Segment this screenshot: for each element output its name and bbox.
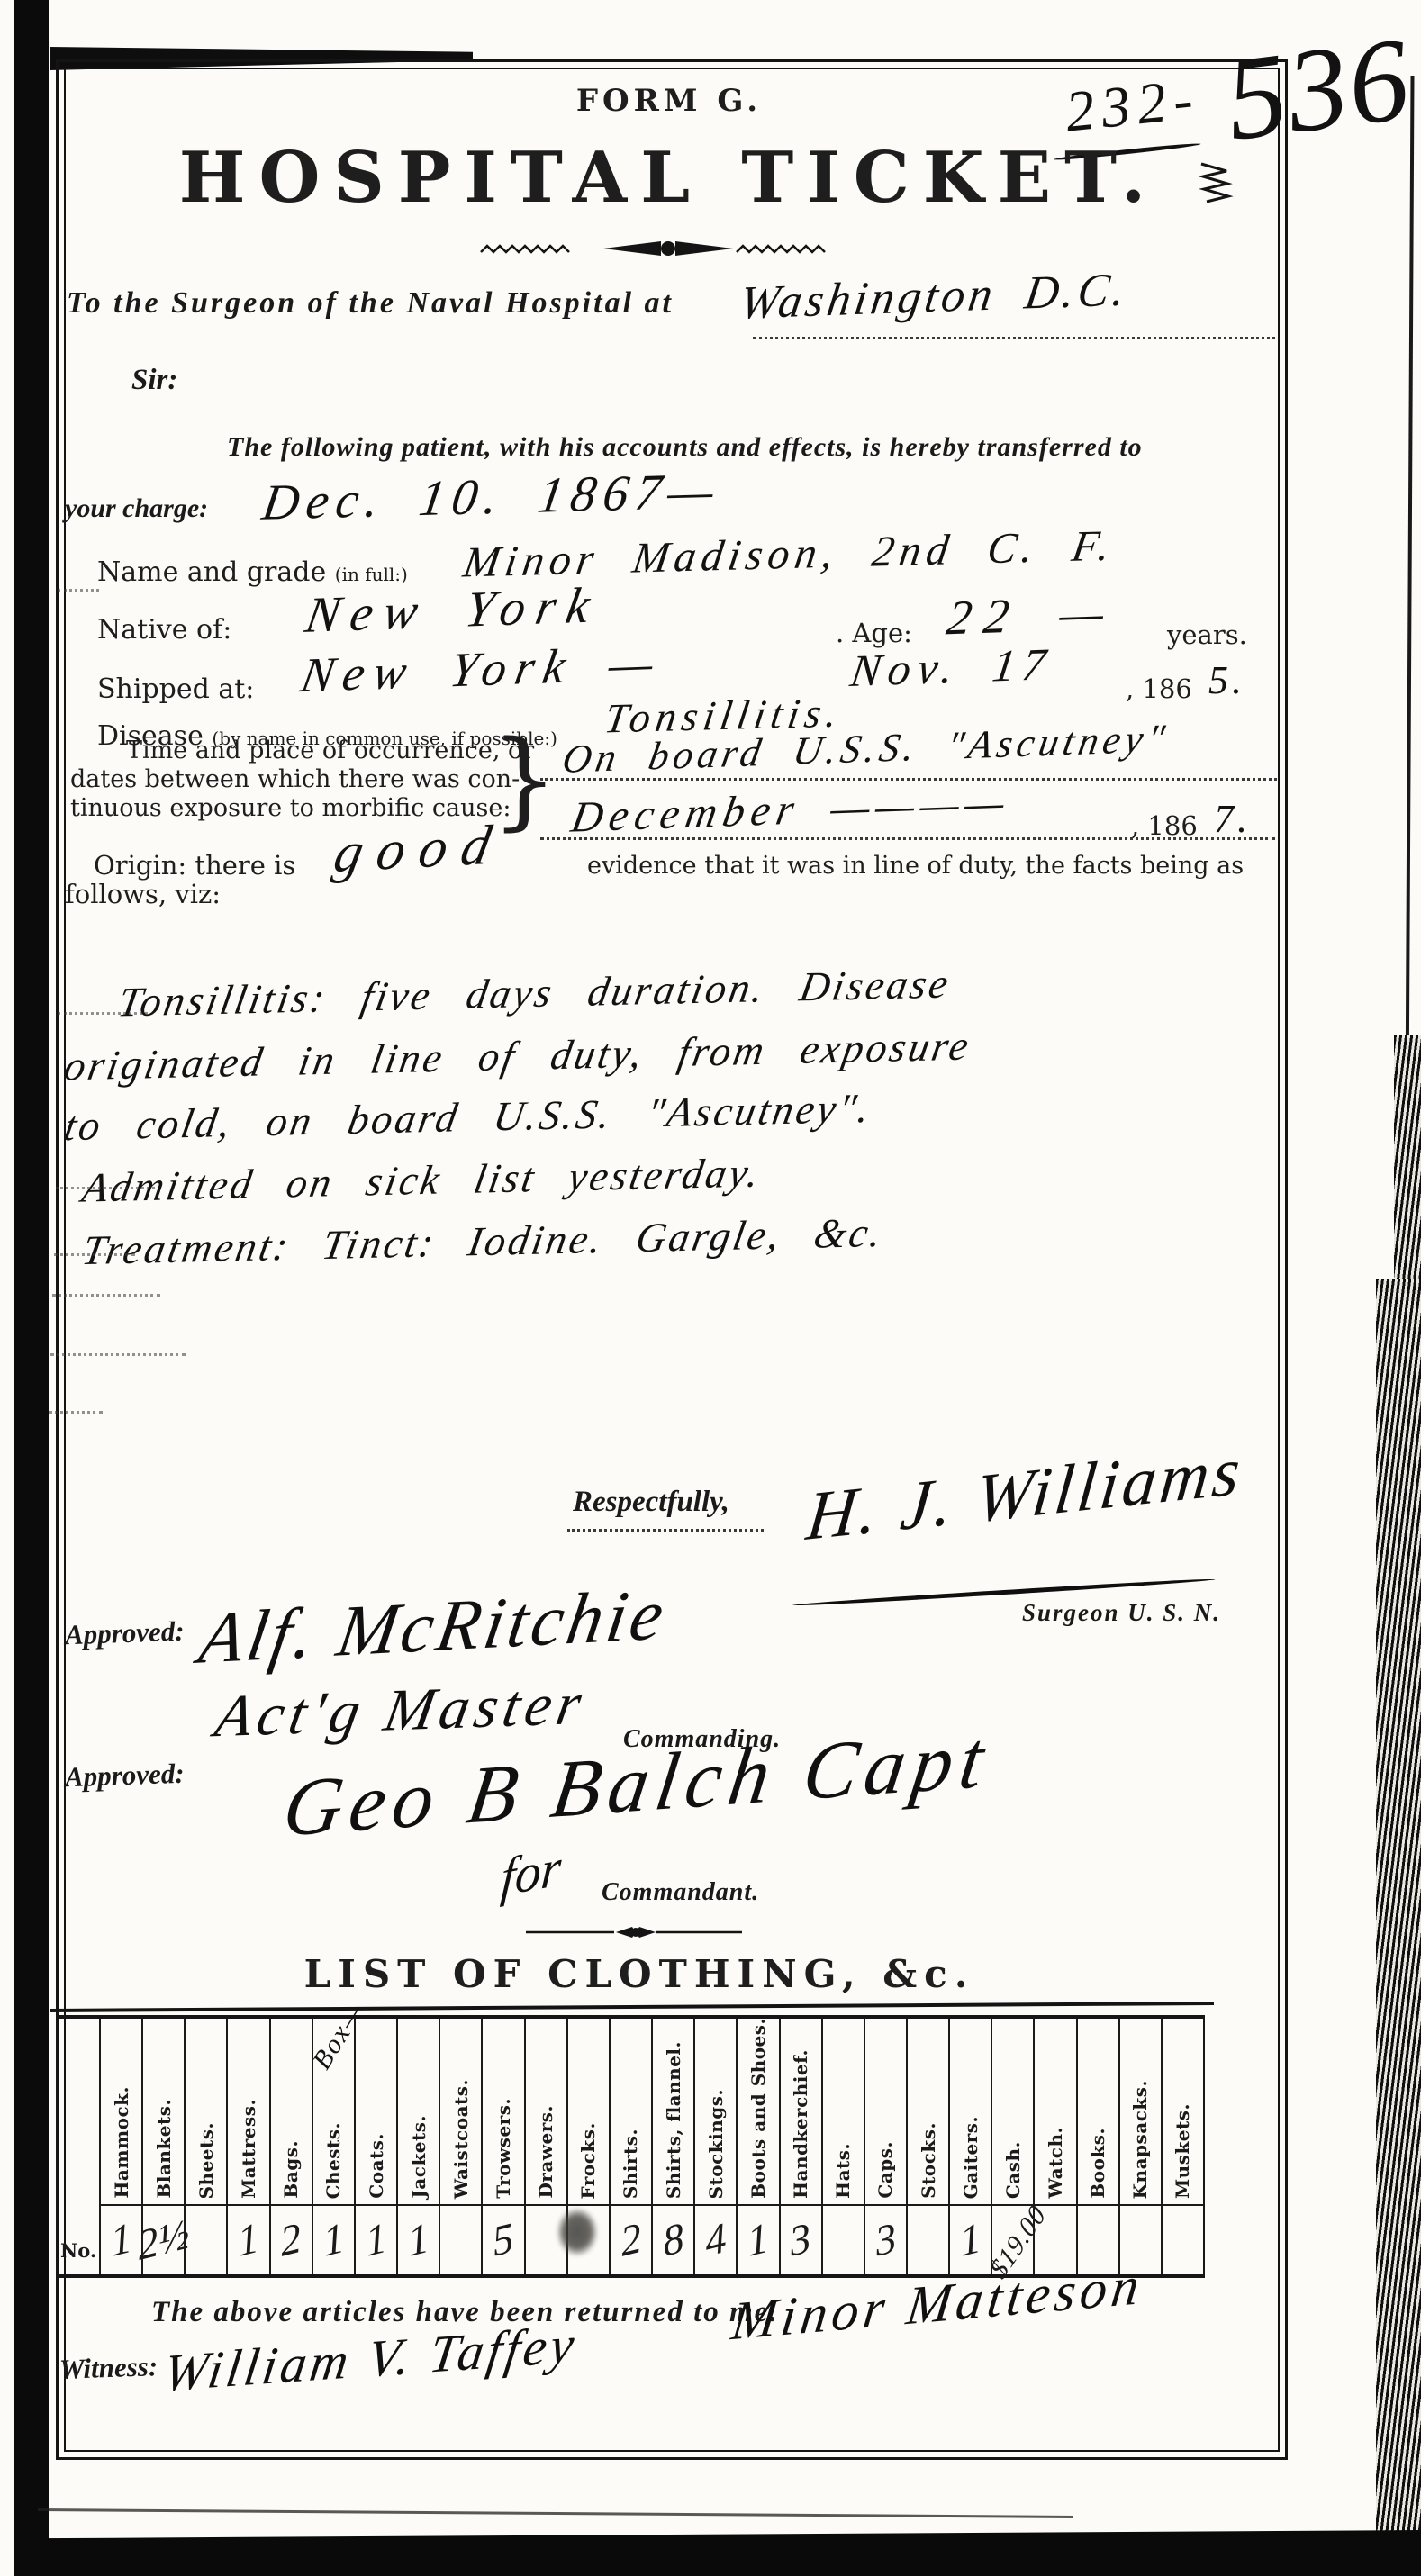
column-value: 1	[363, 2213, 389, 2267]
table-column-muskets: Muskets.	[1163, 2019, 1203, 2274]
table-column-mattress: Mattress. 1	[228, 2019, 270, 2274]
ruled-fragment	[56, 1187, 155, 1189]
column-value: 1	[321, 2213, 347, 2267]
column-value: 4	[703, 2213, 729, 2267]
age-value: 22 —	[944, 584, 1120, 646]
column-label: Chests.	[322, 2122, 344, 2199]
document-title: HOSPITAL TICKET.	[56, 137, 1282, 219]
origin-cont: follows, viz:	[65, 879, 221, 909]
origin-label: Origin: there is	[94, 850, 295, 881]
origin-rest: evidence that it was in line of duty, th…	[587, 852, 1244, 880]
hospital-ticket-scan: FORM G. 232- 536 HOSPITAL TICKET. To the…	[0, 0, 1421, 2576]
column-label: Mattress.	[238, 2099, 259, 2199]
name-grade-label-text: Name and grade	[97, 556, 326, 588]
table-column-stockings: Stockings. 4	[695, 2019, 738, 2274]
column-value: 1	[957, 2213, 983, 2267]
table-column-knapsacks: Knapsacks.	[1120, 2019, 1163, 2274]
column-value: 3	[788, 2213, 814, 2267]
column-value: 2	[618, 2213, 644, 2267]
column-label: Bags.	[280, 2140, 302, 2199]
no-label: No.	[60, 2239, 96, 2262]
occurrence-year-printed: , 186	[1131, 810, 1198, 841]
approved-label-1: Approved:	[64, 1615, 185, 1652]
small-divider-ornament	[526, 1923, 742, 1941]
column-value: 5	[491, 2213, 517, 2267]
column-label: Shirts.	[620, 2129, 641, 2199]
divider-ornament	[479, 236, 857, 261]
column-value: 2½	[135, 2210, 192, 2271]
column-value: 1	[236, 2213, 262, 2267]
native-of-value: New York	[301, 576, 604, 645]
column-label: Boots and Shoes.	[747, 2018, 769, 2199]
table-column-waistcoats: Waistcoats.	[440, 2019, 483, 2274]
approval1-rank: Act'g Master	[210, 1670, 592, 1752]
table-column-hats: Hats.	[823, 2019, 865, 2274]
table-column-books: Books.	[1078, 2019, 1120, 2274]
clothing-table: No. Hammock. 1 Blankets. 2½ Sheets. Matt…	[56, 2015, 1205, 2278]
page-edges-texture-lower	[1376, 1279, 1421, 2576]
shipped-year-printed: , 186	[1126, 673, 1192, 704]
scan-bottom-line	[38, 2508, 1073, 2518]
table-column-caps: Caps. 3	[865, 2019, 908, 2274]
ruled-fragment	[52, 1294, 160, 1297]
years-label: years.	[1167, 619, 1247, 650]
column-label: Trowsers.	[493, 2098, 514, 2199]
addressee-ruled-line	[753, 337, 1275, 339]
table-column-jackets: Jackets. 1	[398, 2019, 440, 2274]
page-edges-texture-upper	[1394, 1035, 1421, 1297]
column-label: Handkerchief.	[790, 2049, 811, 2199]
witness-label: Witness:	[59, 2350, 158, 2386]
table-column-watch: Watch.	[1035, 2019, 1077, 2274]
column-value: 1	[405, 2213, 431, 2267]
ruled-fragment	[49, 1411, 103, 1414]
clothing-heading: LIST OF CLOTHING, &c.	[36, 1952, 1243, 1996]
approval2-role: Commandant.	[602, 1878, 759, 1907]
column-label: Hammock.	[111, 2086, 132, 2199]
column-value: 2	[278, 2213, 304, 2267]
respectfully-label: Respectfully,	[573, 1486, 729, 1519]
table-column-cash: Cash. $19.00	[992, 2019, 1035, 2274]
column-label: Knapsacks.	[1129, 2080, 1151, 2199]
column-label: Waistcoats.	[450, 2079, 472, 2199]
column-value: 1	[746, 2213, 772, 2267]
table-column-trowsers: Trowsers. 5	[483, 2019, 525, 2274]
shipped-date-value: Nov. 17	[847, 637, 1056, 697]
name-grade-paren: (in full:)	[335, 564, 408, 585]
ruled-fragment	[58, 1012, 148, 1015]
table-column-shirts: Shirts. 2	[611, 2019, 653, 2274]
column-label: Drawers.	[535, 2105, 557, 2199]
approved-label-2: Approved:	[64, 1758, 185, 1794]
column-value: 8	[660, 2213, 686, 2267]
occurrence-label-line1: Time and place of occurrence, or	[126, 737, 534, 764]
addressee-printed: To the Surgeon of the Naval Hospital at	[67, 286, 674, 321]
respectfully-underline	[567, 1529, 764, 1532]
column-label: Cash.	[1002, 2141, 1024, 2199]
intro-line2: your charge:	[65, 493, 208, 524]
column-label: Jackets.	[408, 2115, 430, 2199]
occurrence-ruled-line2	[540, 837, 1275, 840]
margin-dots	[58, 589, 99, 592]
scan-bottom-band	[41, 2530, 1421, 2576]
occurrence-label-line2: dates between which there was con-	[70, 765, 520, 793]
column-label: Muskets.	[1172, 2103, 1193, 2199]
table-column-shirts-flannel: Shirts, flannel. 8	[653, 2019, 695, 2274]
table-no-column: No.	[58, 2019, 101, 2274]
column-label: Coats.	[366, 2133, 387, 2199]
name-grade-label: Name and grade (in full:)	[97, 556, 408, 588]
column-label: Frocks.	[577, 2122, 599, 2199]
column-label: Stockings.	[705, 2089, 727, 2199]
surgeon-title: Surgeon U. S. N.	[1022, 1599, 1221, 1627]
approval2-pre: for	[499, 1836, 563, 1909]
origin-written-value: good	[329, 813, 511, 887]
salutation: Sir:	[131, 364, 177, 397]
table-column-gaiters: Gaiters. 1	[950, 2019, 992, 2274]
shipped-year-written: 5.	[1208, 657, 1245, 703]
native-of-label: Native of:	[97, 614, 231, 646]
shipped-at-label: Shipped at:	[97, 673, 254, 705]
table-column-handkerchief: Handkerchief. 3	[781, 2019, 823, 2274]
column-label: Watch.	[1045, 2127, 1066, 2199]
ruled-fragment	[50, 1353, 186, 1356]
case-number-handwritten: 232-	[1063, 65, 1203, 145]
transfer-date-handwritten: Dec. 10. 1867—	[258, 462, 724, 532]
column-label: Hats.	[832, 2143, 854, 2199]
column-label: Sheets.	[195, 2122, 217, 2199]
column-label: Caps.	[874, 2141, 896, 2199]
ruled-fragment	[54, 1253, 135, 1256]
table-column-boots-shoes: Boots and Shoes. 1	[738, 2019, 780, 2274]
column-value: 1	[108, 2213, 134, 2267]
column-label: Blankets.	[153, 2099, 175, 2199]
column-label: Stocks.	[918, 2122, 939, 2199]
intro-line1: The following patient, with his accounts…	[227, 432, 1143, 463]
table-column-stocks: Stocks.	[908, 2019, 950, 2274]
table-column-sheets: Sheets.	[186, 2019, 228, 2274]
table-column-blankets: Blankets. 2½	[143, 2019, 186, 2274]
column-label: Books.	[1087, 2128, 1109, 2199]
table-column-coats: Coats. 1	[356, 2019, 398, 2274]
column-label: Gaiters.	[960, 2116, 982, 2199]
book-binding-bar	[14, 0, 49, 2576]
column-label: Shirts, flannel.	[663, 2041, 684, 2199]
ink-smudge	[557, 2208, 598, 2256]
occurrence-year-written: 7.	[1214, 796, 1251, 842]
column-value: 3	[873, 2213, 899, 2267]
